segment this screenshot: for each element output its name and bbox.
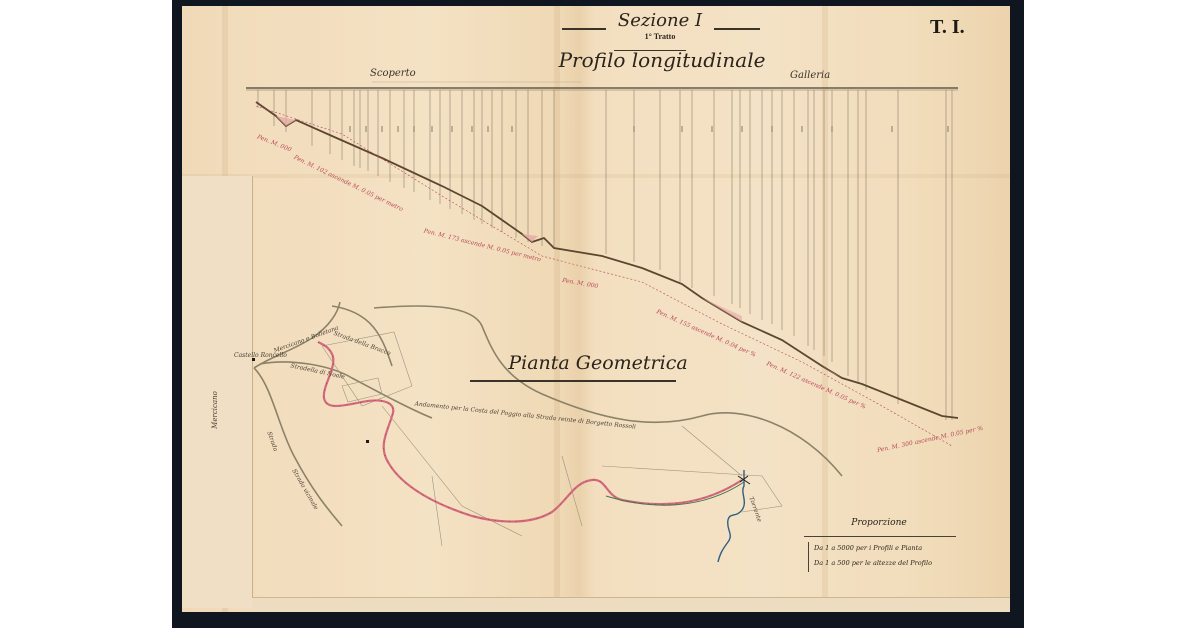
map-sheet: Sezione I 1° Tratto Profilo longitudinal… — [182, 6, 1010, 612]
scale-line: Da 1 a 500 per le altezze del Profilo — [814, 559, 932, 567]
scale-line: Da 1 a 5000 per i Profili e Pianta — [814, 544, 922, 552]
scale-rule — [804, 536, 956, 537]
plan-title: Pianta Geometrica — [498, 352, 698, 374]
margin-label: Mercicano — [211, 391, 219, 429]
scale-bar — [808, 542, 809, 572]
plan-title-rule — [470, 380, 676, 382]
scale-title: Proporzione — [834, 518, 924, 528]
